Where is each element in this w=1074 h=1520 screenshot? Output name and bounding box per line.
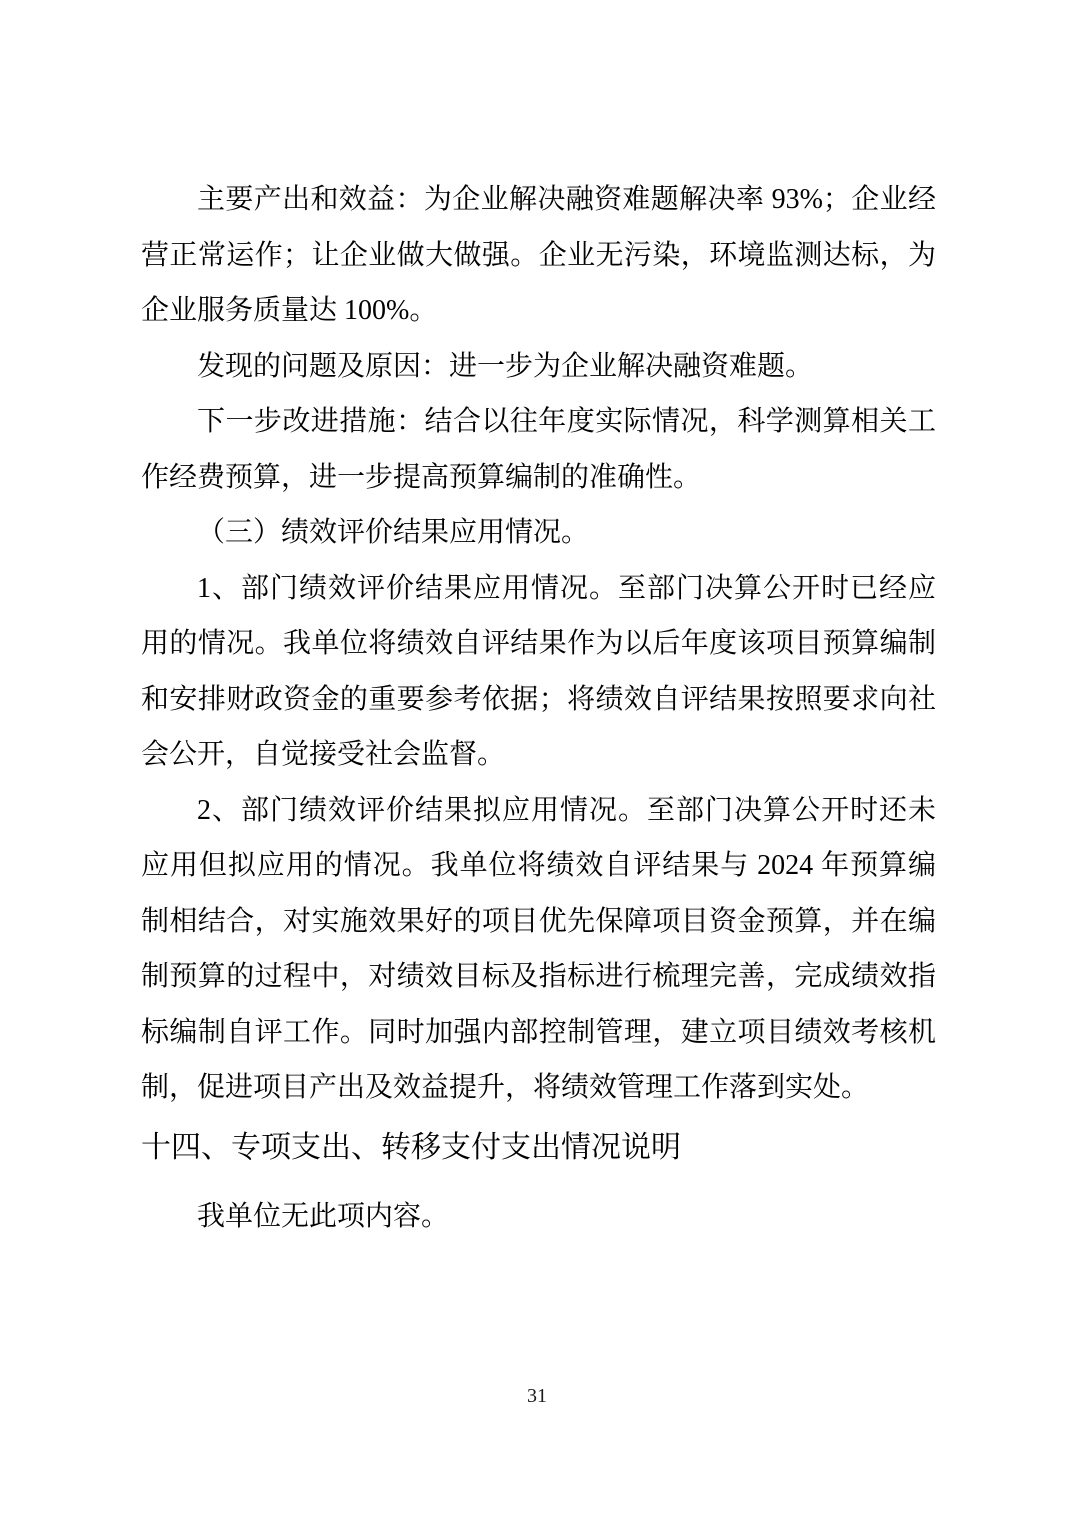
closing-paragraph: 我单位无此项内容。 [141, 1189, 936, 1245]
body-paragraph: （三）绩效评价结果应用情况。 [141, 505, 936, 561]
body-paragraph: 1、部门绩效评价结果应用情况。至部门决算公开时已经应用的情况。我单位将绩效自评结… [141, 561, 936, 783]
section-heading: 十四、专项支出、转移支付支出情况说明 [141, 1119, 936, 1177]
body-paragraph: 下一步改进措施：结合以往年度实际情况，科学测算相关工作经费预算，进一步提高预算编… [141, 394, 936, 505]
body-paragraph: 2、部门绩效评价结果拟应用情况。至部门决算公开时还未应用但拟应用的情况。我单位将… [141, 783, 936, 1116]
document-page: 主要产出和效益：为企业解决融资难题解决率 93%；企业经营正常运作；让企业做大做… [0, 0, 1074, 1520]
page-number: 31 [0, 1382, 1074, 1410]
body-paragraph: 发现的问题及原因：进一步为企业解决融资难题。 [141, 339, 936, 395]
document-body: 主要产出和效益：为企业解决融资难题解决率 93%；企业经营正常运作；让企业做大做… [141, 172, 936, 1244]
body-paragraph: 主要产出和效益：为企业解决融资难题解决率 93%；企业经营正常运作；让企业做大做… [141, 172, 936, 339]
